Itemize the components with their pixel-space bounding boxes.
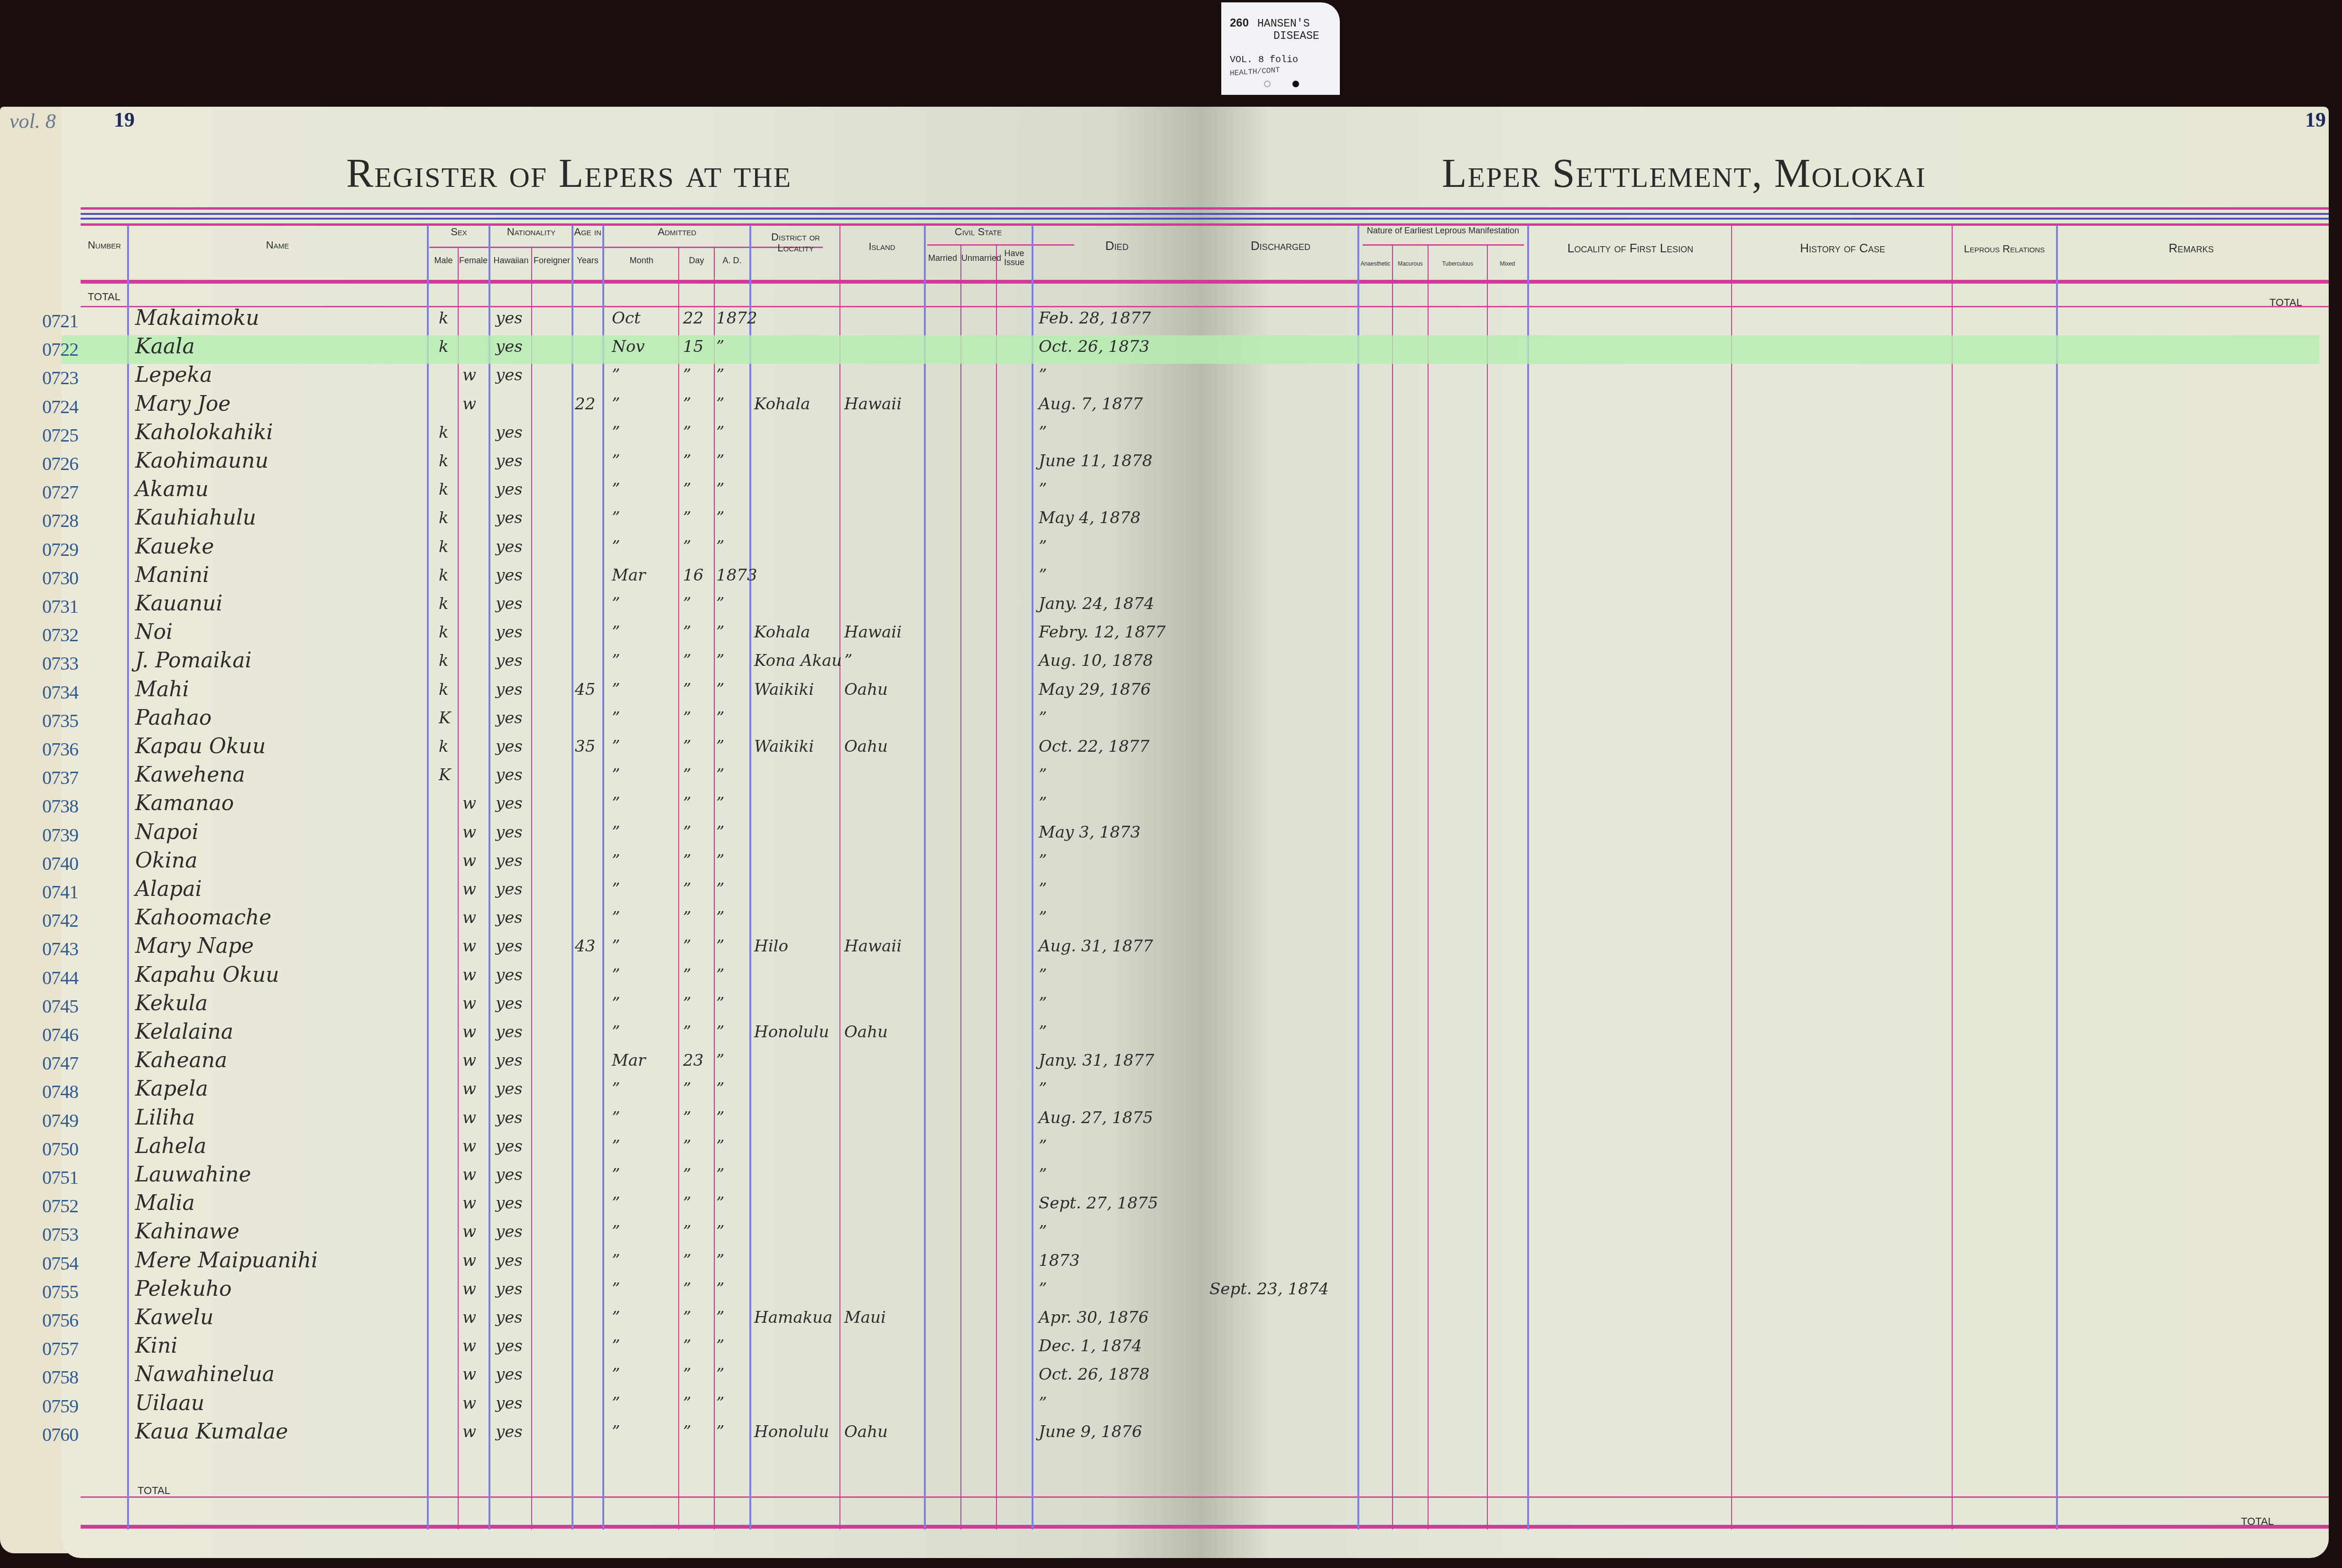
sex-value: K — [439, 766, 451, 784]
hawaiian-value: yes — [496, 452, 523, 470]
header-age: Age in — [573, 226, 602, 237]
admitted-month: ” — [612, 1137, 620, 1156]
died-date: Aug. 7, 1877 — [1039, 395, 1143, 414]
died-date: Dec. 1, 1874 — [1039, 1337, 1142, 1356]
admitted-day: ” — [683, 1079, 691, 1098]
row-number: 0734 — [21, 681, 78, 703]
row-number: 0753 — [21, 1223, 78, 1245]
patient-name: Kapahu Okuu — [135, 963, 279, 987]
hawaiian-value: yes — [496, 1280, 523, 1299]
header-admitted: Admitted — [605, 226, 749, 237]
admitted-year: ” — [716, 1394, 724, 1413]
admitted-year: ” — [716, 1337, 724, 1356]
hawaiian-value: yes — [496, 937, 523, 956]
admitted-year: ” — [716, 823, 724, 842]
admitted-year: ” — [716, 1194, 724, 1213]
hawaiian-value: yes — [496, 709, 523, 728]
column-rule — [1392, 244, 1393, 1530]
patient-name: Manini — [135, 563, 209, 587]
hawaiian-value: yes — [496, 1023, 523, 1042]
admitted-year: ” — [716, 1280, 724, 1299]
hawaiian-value: yes — [496, 880, 523, 899]
hawaiian-value: yes — [496, 1365, 523, 1384]
column-rule — [996, 244, 997, 1530]
admitted-month: ” — [612, 366, 620, 385]
admitted-day: ” — [683, 480, 691, 499]
sex-value: k — [439, 623, 449, 642]
died-date: ” — [1039, 1165, 1047, 1184]
district-value: Kona Akau — [754, 651, 842, 670]
page-title-left: Register of Lepers at the — [346, 149, 792, 197]
sex-value: k — [439, 680, 449, 699]
header-rule — [81, 223, 2329, 226]
sex-value: w — [462, 1137, 476, 1156]
died-date: May 29, 1876 — [1039, 680, 1151, 699]
header-history: History of Case — [1733, 242, 1952, 255]
sex-value: w — [462, 1079, 476, 1098]
sex-value: w — [462, 994, 476, 1013]
patient-name: Kaheana — [135, 1048, 227, 1072]
hawaiian-value: yes — [496, 794, 523, 813]
admitted-year: ” — [716, 680, 724, 699]
age-value: 43 — [575, 937, 595, 956]
header-island: Island — [840, 241, 923, 252]
hawaiian-value: yes — [496, 423, 523, 442]
admitted-month: ” — [612, 480, 620, 499]
admitted-year: ” — [716, 1308, 724, 1327]
island-value: Hawaii — [844, 937, 902, 956]
header-have-issue: Have Issue — [997, 249, 1032, 267]
admitted-day: ” — [683, 594, 691, 613]
died-date: ” — [1039, 966, 1047, 985]
column-rule — [458, 247, 459, 1530]
admitted-year: ” — [716, 623, 724, 642]
admitted-month: ” — [612, 1165, 620, 1184]
hawaiian-value: yes — [496, 366, 523, 385]
admitted-day: ” — [683, 452, 691, 470]
header-tuberculous: Tuberculous — [1429, 261, 1487, 267]
sex-value: k — [439, 309, 449, 328]
admitted-day: ” — [683, 651, 691, 670]
died-date: ” — [1039, 908, 1047, 927]
header-locality-lesion: Locality of First Lesion — [1530, 242, 1731, 255]
admitted-month: ” — [612, 966, 620, 985]
island-value: Oahu — [844, 737, 888, 756]
admitted-year: ” — [716, 1051, 724, 1070]
island-value: Oahu — [844, 1023, 888, 1042]
row-number: 0738 — [21, 795, 78, 817]
header-discharged: Discharged — [1205, 240, 1356, 252]
archive-tag-title: HANSEN'S — [1257, 18, 1309, 30]
admitted-year: ” — [716, 994, 724, 1013]
row-number: 0723 — [21, 367, 78, 389]
hawaiian-value: yes — [496, 737, 523, 756]
patient-name: Kapela — [135, 1077, 208, 1101]
punch-hole-icon — [1264, 81, 1271, 87]
district-value: Honolulu — [754, 1023, 829, 1042]
admitted-day: ” — [683, 709, 691, 728]
patient-name: Akamu — [135, 477, 209, 501]
patient-name: Mary Nape — [135, 934, 254, 958]
row-number: 0730 — [21, 567, 78, 589]
patient-name: Lahela — [135, 1134, 206, 1158]
patient-name: Makaimoku — [135, 306, 259, 330]
column-rule — [960, 244, 961, 1530]
admitted-month: ” — [612, 1079, 620, 1098]
patient-name: Kapau Okuu — [135, 734, 266, 758]
row-number: 0748 — [21, 1080, 78, 1103]
admitted-year: ” — [716, 937, 724, 956]
died-date: ” — [1039, 1137, 1047, 1156]
admitted-month: ” — [612, 395, 620, 414]
admitted-year: ” — [716, 480, 724, 499]
admitted-day: ” — [683, 1280, 691, 1299]
hawaiian-value: yes — [496, 966, 523, 985]
admitted-day: ” — [683, 1194, 691, 1213]
header-rule — [81, 218, 2329, 220]
subheader-rule — [1363, 244, 1524, 246]
admitted-month: Nov — [612, 337, 645, 356]
row-number: 0752 — [21, 1195, 78, 1217]
row-number: 0755 — [21, 1281, 78, 1303]
admitted-day: ” — [683, 851, 691, 870]
hawaiian-value: yes — [496, 309, 523, 328]
admitted-year: ” — [716, 851, 724, 870]
admitted-year: ” — [716, 366, 724, 385]
row-number: 0751 — [21, 1166, 78, 1189]
admitted-year: ” — [716, 1422, 724, 1441]
hawaiian-value: yes — [496, 994, 523, 1013]
died-date: ” — [1039, 794, 1047, 813]
island-value: Hawaii — [844, 395, 902, 414]
admitted-month: ” — [612, 1394, 620, 1413]
admitted-day: ” — [683, 880, 691, 899]
row-number: 0757 — [21, 1337, 78, 1360]
hawaiian-value: yes — [496, 1394, 523, 1413]
admitted-month: ” — [612, 1222, 620, 1241]
sex-value: w — [462, 908, 476, 927]
admitted-month: ” — [612, 823, 620, 842]
sex-value: k — [439, 651, 449, 670]
admitted-day: 16 — [683, 566, 703, 585]
admitted-year: ” — [716, 880, 724, 899]
admitted-day: ” — [683, 1251, 691, 1270]
patient-name: J. Pomaikai — [135, 648, 252, 673]
patient-name: Mahi — [135, 677, 189, 701]
header-number: Number — [83, 240, 126, 250]
column-rule — [1952, 225, 1953, 1530]
page-title-right: Leper Settlement, Molokai — [1442, 149, 1926, 197]
admitted-month: Mar — [612, 566, 645, 585]
header-macurous: Macurous — [1393, 261, 1428, 267]
admitted-day: ” — [683, 1337, 691, 1356]
admitted-year: ” — [716, 1365, 724, 1384]
admitted-day: ” — [683, 966, 691, 985]
patient-name: Okina — [135, 849, 197, 873]
died-date: Aug. 10, 1878 — [1039, 651, 1153, 670]
patient-name: Kawehena — [135, 763, 245, 787]
admitted-year: ” — [716, 395, 724, 414]
admitted-month: ” — [612, 1108, 620, 1127]
left-page-number: 19 — [114, 108, 135, 132]
hawaiian-value: yes — [496, 908, 523, 927]
sex-value: w — [462, 880, 476, 899]
discharged-date: Sept. 23, 1874 — [1209, 1280, 1329, 1299]
row-number: 0746 — [21, 1024, 78, 1046]
sex-value: w — [462, 366, 476, 385]
sex-value: k — [439, 566, 449, 585]
row-number: 0722 — [21, 338, 78, 360]
row-number: 0726 — [21, 452, 78, 475]
died-date: Aug. 31, 1877 — [1039, 937, 1153, 956]
died-date: Sept. 27, 1875 — [1039, 1194, 1158, 1213]
admitted-day: ” — [683, 1422, 691, 1441]
sex-value: K — [439, 709, 451, 728]
column-rule — [1428, 244, 1429, 1530]
hawaiian-value: yes — [496, 337, 523, 356]
hawaiian-value: yes — [496, 851, 523, 870]
admitted-year: ” — [716, 766, 724, 784]
died-date: Aug. 27, 1875 — [1039, 1108, 1153, 1127]
right-page — [1200, 107, 2329, 1558]
admitted-day: ” — [683, 766, 691, 784]
admitted-month: ” — [612, 880, 620, 899]
column-rule — [1487, 244, 1488, 1530]
died-date: ” — [1039, 851, 1047, 870]
died-date: ” — [1039, 366, 1047, 385]
row-number: 0721 — [21, 310, 78, 332]
age-value: 22 — [575, 395, 595, 414]
column-rule — [1357, 225, 1359, 1530]
hawaiian-value: yes — [496, 1137, 523, 1156]
died-date: ” — [1039, 1280, 1047, 1299]
admitted-year: ” — [716, 1165, 724, 1184]
sex-value: w — [462, 1394, 476, 1413]
island-value: Oahu — [844, 1422, 888, 1441]
hawaiian-value: yes — [496, 480, 523, 499]
died-date: Apr. 30, 1876 — [1039, 1308, 1149, 1327]
column-rule — [1731, 225, 1732, 1530]
total-label-bottom: TOTAL — [138, 1485, 170, 1497]
row-number: 0741 — [21, 881, 78, 903]
row-number: 0724 — [21, 396, 78, 418]
admitted-month: ” — [612, 709, 620, 728]
patient-name: Liliha — [135, 1106, 195, 1130]
sex-value: w — [462, 1251, 476, 1270]
hawaiian-value: yes — [496, 680, 523, 699]
column-rule — [678, 247, 679, 1530]
row-number: 0740 — [21, 852, 78, 875]
sex-value: w — [462, 395, 476, 414]
header-male: Male — [429, 256, 458, 265]
sex-value: k — [439, 594, 449, 613]
archive-tag: 260HANSEN'S DISEASE VOL. 8 folio HEALTH/… — [1221, 2, 1340, 95]
admitted-year: ” — [716, 508, 724, 527]
row-number: 0735 — [21, 710, 78, 732]
patient-name: Kaala — [135, 334, 195, 359]
patient-name: Kawelu — [135, 1305, 213, 1329]
island-value: Maui — [844, 1308, 886, 1327]
admitted-month: ” — [612, 1422, 620, 1441]
admitted-year: ” — [716, 1137, 724, 1156]
column-rule — [1527, 225, 1529, 1530]
patient-name: Paahao — [135, 706, 212, 730]
admitted-year: ” — [716, 537, 724, 556]
row-number: 0747 — [21, 1052, 78, 1074]
patient-name: Mary Joe — [135, 392, 231, 416]
died-date: ” — [1039, 766, 1047, 784]
died-date: Jany. 31, 1877 — [1039, 1051, 1154, 1070]
admitted-month: ” — [612, 1337, 620, 1356]
island-value: Oahu — [844, 680, 888, 699]
admitted-year: ” — [716, 452, 724, 470]
admitted-day: ” — [683, 994, 691, 1013]
admitted-year: ” — [716, 737, 724, 756]
header-mixed: Mixed — [1488, 261, 1527, 267]
patient-name: Kini — [135, 1334, 177, 1358]
footer-rule — [81, 1496, 2329, 1498]
admitted-month: ” — [612, 452, 620, 470]
island-value: Hawaii — [844, 623, 902, 642]
header-rule — [81, 213, 2329, 215]
died-date: 1873 — [1039, 1251, 1080, 1270]
admitted-year: ” — [716, 1108, 724, 1127]
row-highlight — [62, 335, 2319, 364]
died-date: ” — [1039, 537, 1047, 556]
admitted-year: ” — [716, 594, 724, 613]
district-value: Hamakua — [754, 1308, 832, 1327]
header-civil-state: Civil State — [925, 226, 1032, 237]
header-day: Day — [679, 256, 714, 265]
admitted-month: ” — [612, 794, 620, 813]
admitted-month: ” — [612, 1194, 620, 1213]
died-date: ” — [1039, 709, 1047, 728]
admitted-day: ” — [683, 508, 691, 527]
district-value: Waikiki — [754, 737, 814, 756]
admitted-day: 15 — [683, 337, 703, 356]
column-rule — [714, 247, 715, 1530]
patient-name: Noi — [135, 620, 173, 644]
header-foreigner: Foreigner — [532, 256, 572, 265]
admitted-month: ” — [612, 737, 620, 756]
total-label-top-right: TOTAL — [2269, 296, 2302, 309]
sex-value: k — [439, 337, 449, 356]
hawaiian-value: yes — [496, 766, 523, 784]
admitted-month: ” — [612, 937, 620, 956]
sex-value: w — [462, 1023, 476, 1042]
district-value: Kohala — [754, 395, 810, 414]
died-date: June 9, 1876 — [1039, 1422, 1142, 1441]
admitted-month: ” — [612, 1251, 620, 1270]
row-number: 0725 — [21, 424, 78, 446]
district-value: Honolulu — [754, 1422, 829, 1441]
row-number: 0736 — [21, 738, 78, 760]
admitted-day: ” — [683, 1365, 691, 1384]
patient-name: Lepeka — [135, 363, 212, 387]
hawaiian-value: yes — [496, 651, 523, 670]
admitted-day: ” — [683, 737, 691, 756]
header-unmarried: Unmarried — [961, 254, 996, 263]
patient-name: Kelalaina — [135, 1020, 233, 1044]
admitted-day: ” — [683, 937, 691, 956]
admitted-year: ” — [716, 423, 724, 442]
admitted-month: ” — [612, 851, 620, 870]
header-years: Years — [573, 256, 602, 265]
row-number: 0760 — [21, 1423, 78, 1446]
footer-rule — [81, 1525, 2329, 1529]
admitted-day: ” — [683, 908, 691, 927]
died-date: ” — [1039, 1023, 1047, 1042]
hawaiian-value: yes — [496, 1194, 523, 1213]
hawaiian-value: yes — [496, 1079, 523, 1098]
column-rule — [749, 225, 751, 1530]
column-rule — [602, 225, 604, 1530]
hawaiian-value: yes — [496, 1308, 523, 1327]
died-date: ” — [1039, 1394, 1047, 1413]
patient-name: Kaholokahiki — [135, 420, 273, 444]
sex-value: w — [462, 1165, 476, 1184]
row-number: 0732 — [21, 624, 78, 646]
patient-name: Kamanao — [135, 791, 234, 815]
admitted-year: ” — [716, 966, 724, 985]
hawaiian-value: yes — [496, 1422, 523, 1441]
column-rule — [427, 225, 429, 1530]
sex-value: w — [462, 823, 476, 842]
column-rule — [572, 225, 573, 1530]
sex-value: w — [462, 937, 476, 956]
died-date: May 3, 1873 — [1039, 823, 1141, 842]
header-female: Female — [458, 256, 489, 265]
admitted-month: ” — [612, 1308, 620, 1327]
died-date: ” — [1039, 1079, 1047, 1098]
age-value: 35 — [575, 737, 595, 756]
column-rule — [839, 225, 840, 1530]
admitted-day: ” — [683, 1165, 691, 1184]
admitted-day: ” — [683, 623, 691, 642]
sex-value: w — [462, 1308, 476, 1327]
died-date: ” — [1039, 1222, 1047, 1241]
hawaiian-value: yes — [496, 537, 523, 556]
admitted-day: ” — [683, 1222, 691, 1241]
sex-value: w — [462, 1337, 476, 1356]
total-label-top: TOTAL — [88, 291, 120, 303]
spine-label: vol. 8 — [9, 109, 56, 133]
header-month: Month — [605, 256, 678, 265]
admitted-day: ” — [683, 1394, 691, 1413]
admitted-day: ” — [683, 1108, 691, 1127]
sex-value: w — [462, 966, 476, 985]
patient-name: Pelekuho — [135, 1277, 232, 1301]
admitted-day: ” — [683, 794, 691, 813]
admitted-day: ” — [683, 423, 691, 442]
column-rule — [924, 225, 926, 1530]
admitted-year: ” — [716, 337, 724, 356]
died-date: Jany. 24, 1874 — [1039, 594, 1154, 613]
header-remarks: Remarks — [2058, 242, 2324, 255]
hawaiian-value: yes — [496, 566, 523, 585]
patient-name: Kahoomache — [135, 905, 271, 930]
died-date: ” — [1039, 423, 1047, 442]
admitted-month: Mar — [612, 1051, 645, 1070]
sex-value: w — [462, 851, 476, 870]
patient-name: Malia — [135, 1191, 195, 1215]
patient-name: Kauanui — [135, 591, 222, 616]
right-page-number: 19 — [2305, 108, 2326, 132]
age-value: 45 — [575, 680, 595, 699]
row-number: 0758 — [21, 1366, 78, 1388]
archive-tag-title-2: DISEASE — [1230, 30, 1340, 42]
archive-tag-number: 260 — [1230, 17, 1249, 29]
